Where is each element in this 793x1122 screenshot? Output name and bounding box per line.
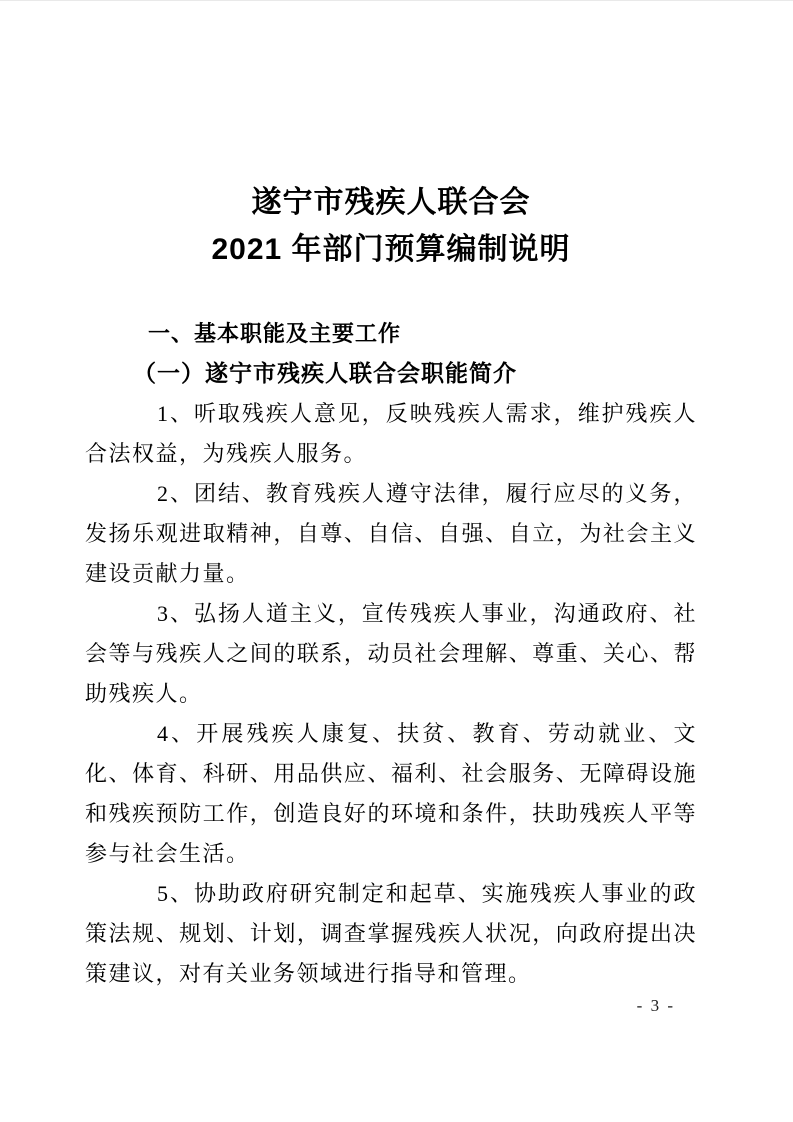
paragraph-5: 5、协助政府研究制定和起草、实施残疾人事业的政策法规、规划、计划，调查掌握残疾人…: [85, 874, 697, 994]
page-footer: - 3 -: [637, 996, 675, 1016]
title-line-2: 2021 年部门预算编制说明: [85, 226, 697, 273]
section-heading-sub: （一）遂宁市残疾人联合会职能简介: [133, 354, 697, 394]
paragraph-2: 2、团结、教育残疾人遵守法律，履行应尽的义务，发扬乐观进取精神，自尊、自信、自强…: [85, 474, 697, 594]
document-page: 遂宁市残疾人联合会 2021 年部门预算编制说明 一、基本职能及主要工作 （一）…: [0, 0, 793, 1122]
paragraph-1: 1、听取残疾人意见，反映残疾人需求，维护残疾人合法权益，为残疾人服务。: [85, 394, 697, 474]
paragraph-3: 3、弘扬人道主义，宣传残疾人事业，沟通政府、社会等与残疾人之间的联系，动员社会理…: [85, 594, 697, 714]
title-line-1: 遂宁市残疾人联合会: [85, 179, 697, 226]
section-heading-main: 一、基本职能及主要工作: [148, 314, 697, 354]
document-title: 遂宁市残疾人联合会 2021 年部门预算编制说明: [85, 179, 697, 273]
paragraph-4: 4、开展残疾人康复、扶贫、教育、劳动就业、文化、体育、科研、用品供应、福利、社会…: [85, 714, 697, 874]
page-number: - 3 -: [637, 996, 675, 1015]
